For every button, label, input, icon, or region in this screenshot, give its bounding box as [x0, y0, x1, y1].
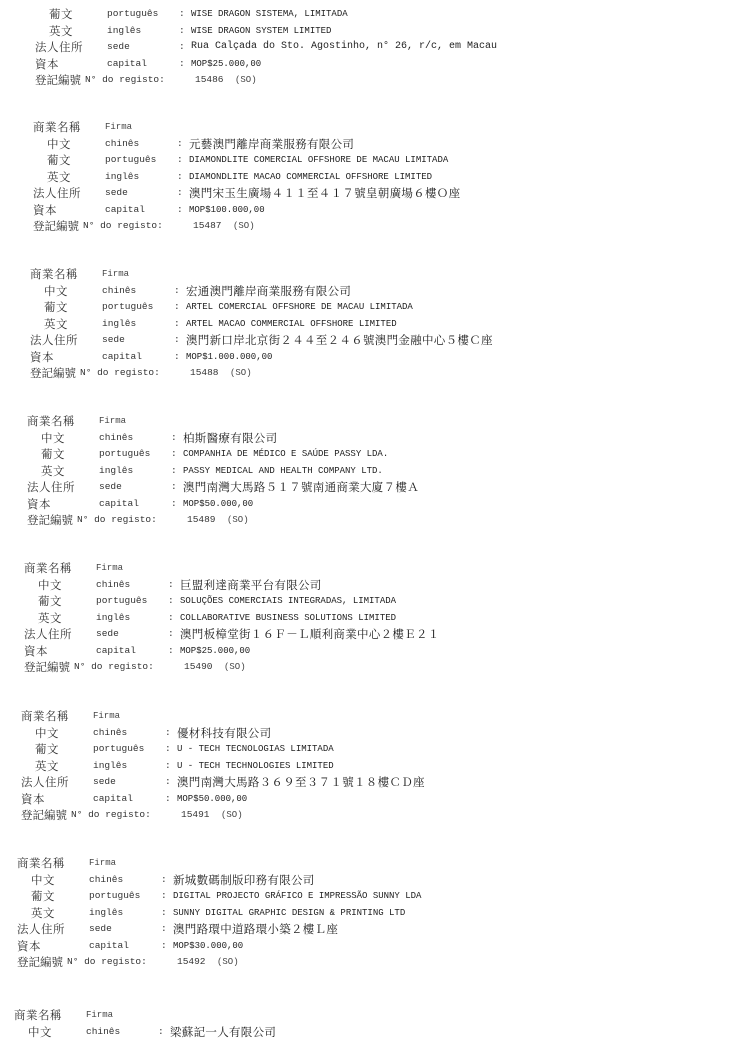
- capital-pt-label: capital: [93, 791, 133, 808]
- capital-zh-label: 資本: [33, 202, 57, 219]
- firma-pt-label: Firma: [89, 855, 116, 872]
- firma-row: 商業名稱 Firma: [33, 119, 729, 136]
- registo-row: 登記編號 N° do registo: 15486 (SO): [35, 72, 729, 89]
- colon: :: [161, 938, 167, 955]
- sede-row: 法人住所 sede : 澳門新口岸北京街２４４至２４６號澳門金融中心５樓Ｃ座: [30, 332, 729, 349]
- colon: :: [168, 643, 174, 660]
- chines-row: 中文 chinês : 柏斯醫療有限公司: [27, 430, 727, 447]
- colon: :: [179, 23, 185, 40]
- sede-zh-label: 法人住所: [30, 332, 78, 349]
- sede-pt-label: sede: [89, 921, 112, 938]
- company-entry: 商業名稱 Firma 中文 chinês : 巨盟利達商業平台有限公司 葡文 p…: [24, 560, 724, 676]
- capital-pt-label: capital: [89, 938, 129, 955]
- chines-pt-label: chinês: [86, 1024, 120, 1041]
- ingles-zh-label: 英文: [35, 758, 59, 775]
- portugues-row: 葡文 português : DIAMONDLITE COMERCIAL OFF…: [33, 152, 729, 169]
- chines-zh-label: 中文: [35, 725, 59, 742]
- ingles-name: PASSY MEDICAL AND HEALTH COMPANY LTD.: [183, 463, 383, 480]
- sede-zh-label: 法人住所: [17, 921, 65, 938]
- firma-row: 商業名稱 Firma: [27, 413, 727, 430]
- ingles-zh-label: 英文: [41, 463, 65, 480]
- portugues-name: ARTEL COMERCIAL OFFSHORE DE MACAU LIMITA…: [186, 299, 413, 316]
- colon: :: [158, 1024, 164, 1041]
- capital-zh-label: 資本: [27, 496, 51, 513]
- portugues-zh-label: 葡文: [49, 6, 73, 23]
- capital-row: 資本 capital : MOP$1.000.000,00: [30, 349, 729, 366]
- portugues-zh-label: 葡文: [35, 741, 59, 758]
- firma-zh-label: 商業名稱: [33, 119, 81, 136]
- company-entry: 商業名稱 Firma 中文 chinês : 元藝澳門離岸商業服務有限公司 葡文…: [33, 119, 729, 235]
- company-entry: 商業名稱 Firma 中文 chinês : 新城數碼制版印務有限公司 葡文 p…: [17, 855, 717, 971]
- registo-zh-label: 登記編號: [17, 954, 63, 971]
- portugues-row: 葡文 português : COMPANHIA DE MÉDICO E SAÚ…: [27, 446, 727, 463]
- chines-zh-label: 中文: [47, 136, 71, 153]
- registo-zh-label: 登記編號: [27, 512, 73, 529]
- registo-number: 15492: [177, 954, 206, 971]
- ingles-row: 英文 inglês : WISE DRAGON SYSTEM LIMITED: [35, 23, 729, 40]
- ingles-name: COLLABORATIVE BUSINESS SOLUTIONS LIMITED: [180, 610, 396, 627]
- colon: :: [177, 185, 183, 202]
- colon: :: [171, 463, 177, 480]
- registo-pt-label: N° do registo:: [74, 659, 154, 676]
- capital-row: 資本 capital : MOP$25.000,00: [35, 56, 729, 73]
- chines-row: 中文 chinês : 梁蘇記一人有限公司: [14, 1024, 714, 1041]
- colon: :: [161, 905, 167, 922]
- firma-pt-label: Firma: [86, 1007, 113, 1024]
- chines-row: 中文 chinês : 新城數碼制版印務有限公司: [17, 872, 717, 889]
- colon: :: [179, 6, 185, 23]
- chines-zh-label: 中文: [31, 872, 55, 889]
- registo-row: 登記編號 N° do registo: 15487 (SO): [33, 218, 729, 235]
- sede-row: 法人住所 sede : 澳門宋玉生廣場４１１至４１７號皇朝廣場６樓Ｏ座: [33, 185, 729, 202]
- registo-number: 15491: [181, 807, 210, 824]
- colon: :: [174, 349, 180, 366]
- portugues-row: 葡文 português : SOLUÇÕES COMERCIAIS INTEG…: [24, 593, 724, 610]
- chines-pt-label: chinês: [105, 136, 139, 153]
- sede-row: 法人住所 sede : 澳門路環中道路環小築２樓Ｌ座: [17, 921, 717, 938]
- firma-zh-label: 商業名稱: [24, 560, 72, 577]
- registo-tag: (SO): [235, 72, 257, 89]
- ingles-pt-label: inglês: [93, 758, 127, 775]
- ingles-row: 英文 inglês : ARTEL MACAO COMMERCIAL OFFSH…: [30, 316, 729, 333]
- sede-pt-label: sede: [93, 774, 116, 791]
- portugues-zh-label: 葡文: [38, 593, 62, 610]
- colon: :: [161, 921, 167, 938]
- capital-pt-label: capital: [99, 496, 139, 513]
- chines-pt-label: chinês: [96, 577, 130, 594]
- sede-address: 澳門南灣大馬路３６９至３７１號１８樓ＣＤ座: [177, 774, 425, 791]
- colon: :: [168, 610, 174, 627]
- chines-pt-label: chinês: [93, 725, 127, 742]
- ingles-name: ARTEL MACAO COMMERCIAL OFFSHORE LIMITED: [186, 316, 397, 333]
- capital-zh-label: 資本: [21, 791, 45, 808]
- portugues-zh-label: 葡文: [44, 299, 68, 316]
- ingles-name: WISE DRAGON SYSTEM LIMITED: [191, 23, 331, 40]
- colon: :: [171, 446, 177, 463]
- capital-row: 資本 capital : MOP$30.000,00: [17, 938, 717, 955]
- colon: :: [165, 741, 171, 758]
- portugues-name: DIGITAL PROJECTO GRÁFICO E IMPRESSÃO SUN…: [173, 888, 421, 905]
- firma-zh-label: 商業名稱: [27, 413, 75, 430]
- ingles-name: DIAMONDLITE MACAO COMMERCIAL OFFSHORE LI…: [189, 169, 432, 186]
- company-entry: 葡文 português : WISE DRAGON SISTEMA, LIMI…: [35, 6, 729, 89]
- chines-row: 中文 chinês : 優材科技有限公司: [21, 725, 721, 742]
- ingles-row: 英文 inglês : DIAMONDLITE MACAO COMMERCIAL…: [33, 169, 729, 186]
- chines-pt-label: chinês: [99, 430, 133, 447]
- colon: :: [168, 626, 174, 643]
- portugues-name: DIAMONDLITE COMERCIAL OFFSHORE DE MACAU …: [189, 152, 448, 169]
- ingles-pt-label: inglês: [96, 610, 130, 627]
- registo-zh-label: 登記編號: [30, 365, 76, 382]
- company-entry: 商業名稱 Firma 中文 chinês : 優材科技有限公司 葡文 portu…: [21, 708, 721, 824]
- capital-row: 資本 capital : MOP$100.000,00: [33, 202, 729, 219]
- chines-name: 巨盟利達商業平台有限公司: [180, 577, 322, 594]
- registo-row: 登記編號 N° do registo: 15488 (SO): [30, 365, 729, 382]
- sede-address: 澳門宋玉生廣場４１１至４１７號皇朝廣場６樓Ｏ座: [189, 185, 460, 202]
- sede-zh-label: 法人住所: [21, 774, 69, 791]
- registo-zh-label: 登記編號: [24, 659, 70, 676]
- capital-zh-label: 資本: [30, 349, 54, 366]
- company-entry: 商業名稱 Firma 中文 chinês : 宏通澳門離岸商業服務有限公司 葡文…: [30, 266, 729, 382]
- capital-amount: MOP$25.000,00: [180, 643, 250, 660]
- registo-tag: (SO): [221, 807, 243, 824]
- registo-pt-label: N° do registo:: [71, 807, 151, 824]
- colon: :: [165, 758, 171, 775]
- colon: :: [174, 332, 180, 349]
- chines-pt-label: chinês: [102, 283, 136, 300]
- capital-row: 資本 capital : MOP$50.000,00: [27, 496, 727, 513]
- capital-amount: MOP$25.000,00: [191, 56, 261, 73]
- registo-number: 15487: [193, 218, 222, 235]
- ingles-name: SUNNY DIGITAL GRAPHIC DESIGN & PRINTING …: [173, 905, 405, 922]
- sede-pt-label: sede: [105, 185, 128, 202]
- sede-address: 澳門路環中道路環小築２樓Ｌ座: [173, 921, 338, 938]
- sede-row: 法人住所 sede : Rua Calçada do Sto. Agostinh…: [35, 39, 729, 56]
- registo-tag: (SO): [230, 365, 252, 382]
- capital-amount: MOP$1.000.000,00: [186, 349, 272, 366]
- portugues-zh-label: 葡文: [41, 446, 65, 463]
- colon: :: [168, 577, 174, 594]
- portugues-pt-label: português: [105, 152, 156, 169]
- registo-number: 15490: [184, 659, 213, 676]
- sede-zh-label: 法人住所: [27, 479, 75, 496]
- registo-tag: (SO): [224, 659, 246, 676]
- chines-zh-label: 中文: [38, 577, 62, 594]
- firma-row: 商業名稱 Firma: [24, 560, 724, 577]
- ingles-pt-label: inglês: [102, 316, 136, 333]
- sede-row: 法人住所 sede : 澳門南灣大馬路５１７號南通商業大廈７樓Ａ: [27, 479, 727, 496]
- sede-address: 澳門南灣大馬路５１７號南通商業大廈７樓Ａ: [183, 479, 419, 496]
- colon: :: [171, 430, 177, 447]
- portugues-pt-label: português: [99, 446, 150, 463]
- registo-zh-label: 登記編號: [35, 72, 81, 89]
- chines-name: 宏通澳門離岸商業服務有限公司: [186, 283, 351, 300]
- sede-row: 法人住所 sede : 澳門南灣大馬路３６９至３７１號１８樓ＣＤ座: [21, 774, 721, 791]
- registo-row: 登記編號 N° do registo: 15490 (SO): [24, 659, 724, 676]
- ingles-pt-label: inglês: [89, 905, 123, 922]
- firma-zh-label: 商業名稱: [14, 1007, 62, 1024]
- portugues-row: 葡文 português : U - TECH TECNOLOGIAS LIMI…: [21, 741, 721, 758]
- ingles-zh-label: 英文: [47, 169, 71, 186]
- sede-address: 澳門板樟堂街１６Ｆ－Ｌ順利商業中心２樓Ｅ２１: [180, 626, 440, 643]
- registo-row: 登記編號 N° do registo: 15492 (SO): [17, 954, 717, 971]
- sede-row: 法人住所 sede : 澳門板樟堂街１６Ｆ－Ｌ順利商業中心２樓Ｅ２１: [24, 626, 724, 643]
- portugues-pt-label: português: [89, 888, 140, 905]
- ingles-pt-label: inglês: [107, 23, 141, 40]
- chines-name: 元藝澳門離岸商業服務有限公司: [189, 136, 354, 153]
- firma-row: 商業名稱 Firma: [30, 266, 729, 283]
- capital-amount: MOP$50.000,00: [183, 496, 253, 513]
- registo-row: 登記編號 N° do registo: 15489 (SO): [27, 512, 727, 529]
- capital-row: 資本 capital : MOP$25.000,00: [24, 643, 724, 660]
- ingles-name: U - TECH TECHNOLOGIES LIMITED: [177, 758, 334, 775]
- registo-pt-label: N° do registo:: [67, 954, 147, 971]
- chines-row: 中文 chinês : 宏通澳門離岸商業服務有限公司: [30, 283, 729, 300]
- firma-zh-label: 商業名稱: [21, 708, 69, 725]
- colon: :: [161, 888, 167, 905]
- firma-row: 商業名稱 Firma: [21, 708, 721, 725]
- colon: :: [174, 316, 180, 333]
- colon: :: [174, 299, 180, 316]
- firma-pt-label: Firma: [96, 560, 123, 577]
- sede-address: 澳門新口岸北京街２４４至２４６號澳門金融中心５樓Ｃ座: [186, 332, 493, 349]
- registo-pt-label: N° do registo:: [80, 365, 160, 382]
- firma-row: 商業名稱 Firma: [14, 1007, 714, 1024]
- ingles-zh-label: 英文: [49, 23, 73, 40]
- ingles-pt-label: inglês: [105, 169, 139, 186]
- chines-name: 優材科技有限公司: [177, 725, 271, 742]
- ingles-row: 英文 inglês : COLLABORATIVE BUSINESS SOLUT…: [24, 610, 724, 627]
- sede-zh-label: 法人住所: [35, 39, 83, 56]
- portugues-pt-label: português: [107, 6, 158, 23]
- capital-amount: MOP$50.000,00: [177, 791, 247, 808]
- capital-amount: MOP$100.000,00: [189, 202, 265, 219]
- sede-pt-label: sede: [102, 332, 125, 349]
- registo-tag: (SO): [227, 512, 249, 529]
- colon: :: [177, 152, 183, 169]
- registo-pt-label: N° do registo:: [77, 512, 157, 529]
- capital-zh-label: 資本: [17, 938, 41, 955]
- capital-pt-label: capital: [102, 349, 142, 366]
- chines-name: 梁蘇記一人有限公司: [170, 1024, 276, 1041]
- sede-pt-label: sede: [99, 479, 122, 496]
- colon: :: [165, 791, 171, 808]
- ingles-row: 英文 inglês : SUNNY DIGITAL GRAPHIC DESIGN…: [17, 905, 717, 922]
- registo-zh-label: 登記編號: [33, 218, 79, 235]
- colon: :: [171, 479, 177, 496]
- portugues-zh-label: 葡文: [47, 152, 71, 169]
- registo-pt-label: N° do registo:: [83, 218, 163, 235]
- registo-tag: (SO): [233, 218, 255, 235]
- colon: :: [171, 496, 177, 513]
- chines-row: 中文 chinês : 元藝澳門離岸商業服務有限公司: [33, 136, 729, 153]
- sede-address: Rua Calçada do Sto. Agostinho, n° 26, r/…: [191, 39, 497, 56]
- gazette-page: 葡文 português : WISE DRAGON SISTEMA, LIMI…: [0, 0, 729, 1054]
- capital-pt-label: capital: [96, 643, 136, 660]
- colon: :: [177, 136, 183, 153]
- capital-zh-label: 資本: [24, 643, 48, 660]
- registo-row: 登記編號 N° do registo: 15491 (SO): [21, 807, 721, 824]
- firma-row: 商業名稱 Firma: [17, 855, 717, 872]
- sede-pt-label: sede: [96, 626, 119, 643]
- portugues-row: 葡文 português : ARTEL COMERCIAL OFFSHORE …: [30, 299, 729, 316]
- capital-zh-label: 資本: [35, 56, 59, 73]
- portugues-pt-label: português: [93, 741, 144, 758]
- ingles-zh-label: 英文: [44, 316, 68, 333]
- portugues-name: WISE DRAGON SISTEMA, LIMITADA: [191, 6, 348, 23]
- sede-zh-label: 法人住所: [24, 626, 72, 643]
- colon: :: [179, 56, 185, 73]
- ingles-row: 英文 inglês : U - TECH TECHNOLOGIES LIMITE…: [21, 758, 721, 775]
- portugues-name: COMPANHIA DE MÉDICO E SAÚDE PASSY LDA.: [183, 446, 388, 463]
- registo-number: 15489: [187, 512, 216, 529]
- colon: :: [161, 872, 167, 889]
- portugues-pt-label: português: [96, 593, 147, 610]
- ingles-zh-label: 英文: [38, 610, 62, 627]
- colon: :: [177, 169, 183, 186]
- capital-pt-label: capital: [105, 202, 145, 219]
- firma-zh-label: 商業名稱: [30, 266, 78, 283]
- firma-pt-label: Firma: [99, 413, 126, 430]
- company-entry: 商業名稱 Firma 中文 chinês : 梁蘇記一人有限公司: [14, 1007, 714, 1040]
- firma-pt-label: Firma: [102, 266, 129, 283]
- capital-pt-label: capital: [107, 56, 147, 73]
- sede-zh-label: 法人住所: [33, 185, 81, 202]
- capital-row: 資本 capital : MOP$50.000,00: [21, 791, 721, 808]
- colon: :: [174, 283, 180, 300]
- portugues-name: SOLUÇÕES COMERCIAIS INTEGRADAS, LIMITADA: [180, 593, 396, 610]
- registo-zh-label: 登記編號: [21, 807, 67, 824]
- colon: :: [168, 593, 174, 610]
- registo-number: 15486: [195, 72, 224, 89]
- sede-pt-label: sede: [107, 39, 130, 56]
- colon: :: [165, 725, 171, 742]
- chines-name: 新城數碼制版印務有限公司: [173, 872, 315, 889]
- chines-name: 柏斯醫療有限公司: [183, 430, 277, 447]
- portugues-row: 葡文 português : DIGITAL PROJECTO GRÁFICO …: [17, 888, 717, 905]
- chines-zh-label: 中文: [41, 430, 65, 447]
- firma-pt-label: Firma: [93, 708, 120, 725]
- portugues-name: U - TECH TECNOLOGIAS LIMITADA: [177, 741, 334, 758]
- company-entry: 商業名稱 Firma 中文 chinês : 柏斯醫療有限公司 葡文 portu…: [27, 413, 727, 529]
- chines-pt-label: chinês: [89, 872, 123, 889]
- ingles-pt-label: inglês: [99, 463, 133, 480]
- registo-pt-label: N° do registo:: [85, 72, 165, 89]
- chines-zh-label: 中文: [28, 1024, 52, 1041]
- firma-zh-label: 商業名稱: [17, 855, 65, 872]
- colon: :: [179, 39, 185, 56]
- registo-tag: (SO): [217, 954, 239, 971]
- portugues-row: 葡文 português : WISE DRAGON SISTEMA, LIMI…: [35, 6, 729, 23]
- ingles-row: 英文 inglês : PASSY MEDICAL AND HEALTH COM…: [27, 463, 727, 480]
- capital-amount: MOP$30.000,00: [173, 938, 243, 955]
- firma-pt-label: Firma: [105, 119, 132, 136]
- chines-row: 中文 chinês : 巨盟利達商業平台有限公司: [24, 577, 724, 594]
- registo-number: 15488: [190, 365, 219, 382]
- chines-zh-label: 中文: [44, 283, 68, 300]
- ingles-zh-label: 英文: [31, 905, 55, 922]
- portugues-pt-label: português: [102, 299, 153, 316]
- colon: :: [165, 774, 171, 791]
- colon: :: [177, 202, 183, 219]
- portugues-zh-label: 葡文: [31, 888, 55, 905]
